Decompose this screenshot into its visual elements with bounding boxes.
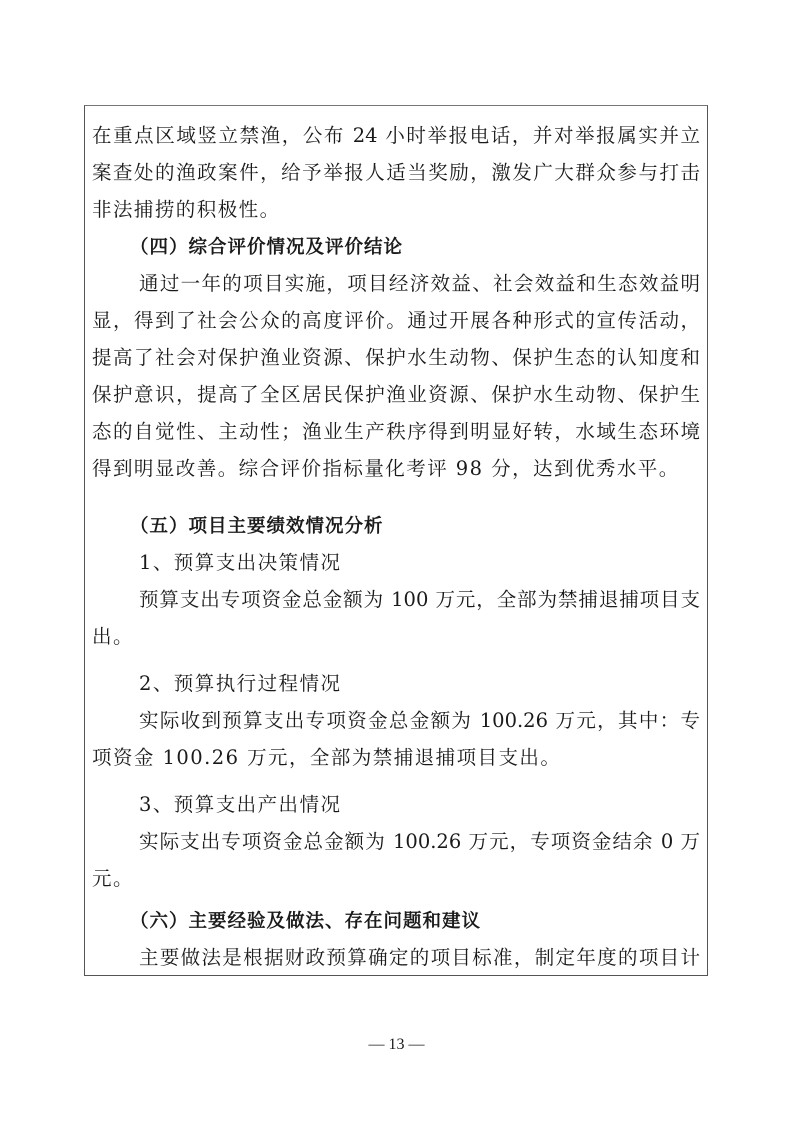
text-line: 案查处的渔政案件，给予举报人适当奖励，激发广大群众参与打击 <box>92 155 700 191</box>
text-line: 主要做法是根据财政预算确定的项目标准，制定年度的项目计 <box>139 940 700 976</box>
text-line: 显，得到了社会公众的高度评价。通过开展各种形式的宣传活动， <box>92 303 700 339</box>
section-heading-4: （四）综合评价情况及评价结论 <box>130 230 403 266</box>
subheading-1: 1、预算支出决策情况 <box>139 545 341 581</box>
text-line: 在重点区域竖立禁渔，公布 24 小时举报电话，并对举报属实并立 <box>92 118 700 154</box>
section-heading-6: （六）主要经验及做法、存在问题和建议 <box>130 904 481 940</box>
text-line: 出。 <box>92 619 134 655</box>
text-line: 元。 <box>92 861 134 897</box>
text-line: 非法捕捞的积极性。 <box>92 192 281 228</box>
subheading-2: 2、预算执行过程情况 <box>139 666 341 702</box>
text-line: 提高了社会对保护渔业资源、保护水生动物、保护生态的认知度和 <box>92 340 700 376</box>
text-line: 得到明显改善。综合评价指标量化考评 98 分，达到优秀水平。 <box>92 451 680 487</box>
text-line: 实际收到预算支出专项资金总金额为 100.26 万元，其中：专 <box>139 703 700 739</box>
text-line: 实际支出专项资金总金额为 100.26 万元，专项资金结余 0 万 <box>139 824 700 860</box>
subheading-3: 3、预算支出产出情况 <box>139 787 341 823</box>
text-line: 预算支出专项资金总金额为 100 万元，全部为禁捕退捕项目支 <box>139 582 700 618</box>
text-line: 项资金 100.26 万元，全部为禁捕退捕项目支出。 <box>92 740 561 776</box>
content-frame: 在重点区域竖立禁渔，公布 24 小时举报电话，并对举报属实并立 案查处的渔政案件… <box>84 105 708 976</box>
text-line: 通过一年的项目实施，项目经济效益、社会效益和生态效益明 <box>139 266 700 302</box>
page-number: — 13 — <box>0 1036 793 1054</box>
text-line: 保护意识，提高了全区居民保护渔业资源、保护水生动物、保护生 <box>92 377 700 413</box>
text-line: 态的自觉性、主动性；渔业生产秩序得到明显好转，水域生态环境 <box>92 414 700 450</box>
section-heading-5: （五）项目主要绩效情况分析 <box>130 509 384 545</box>
